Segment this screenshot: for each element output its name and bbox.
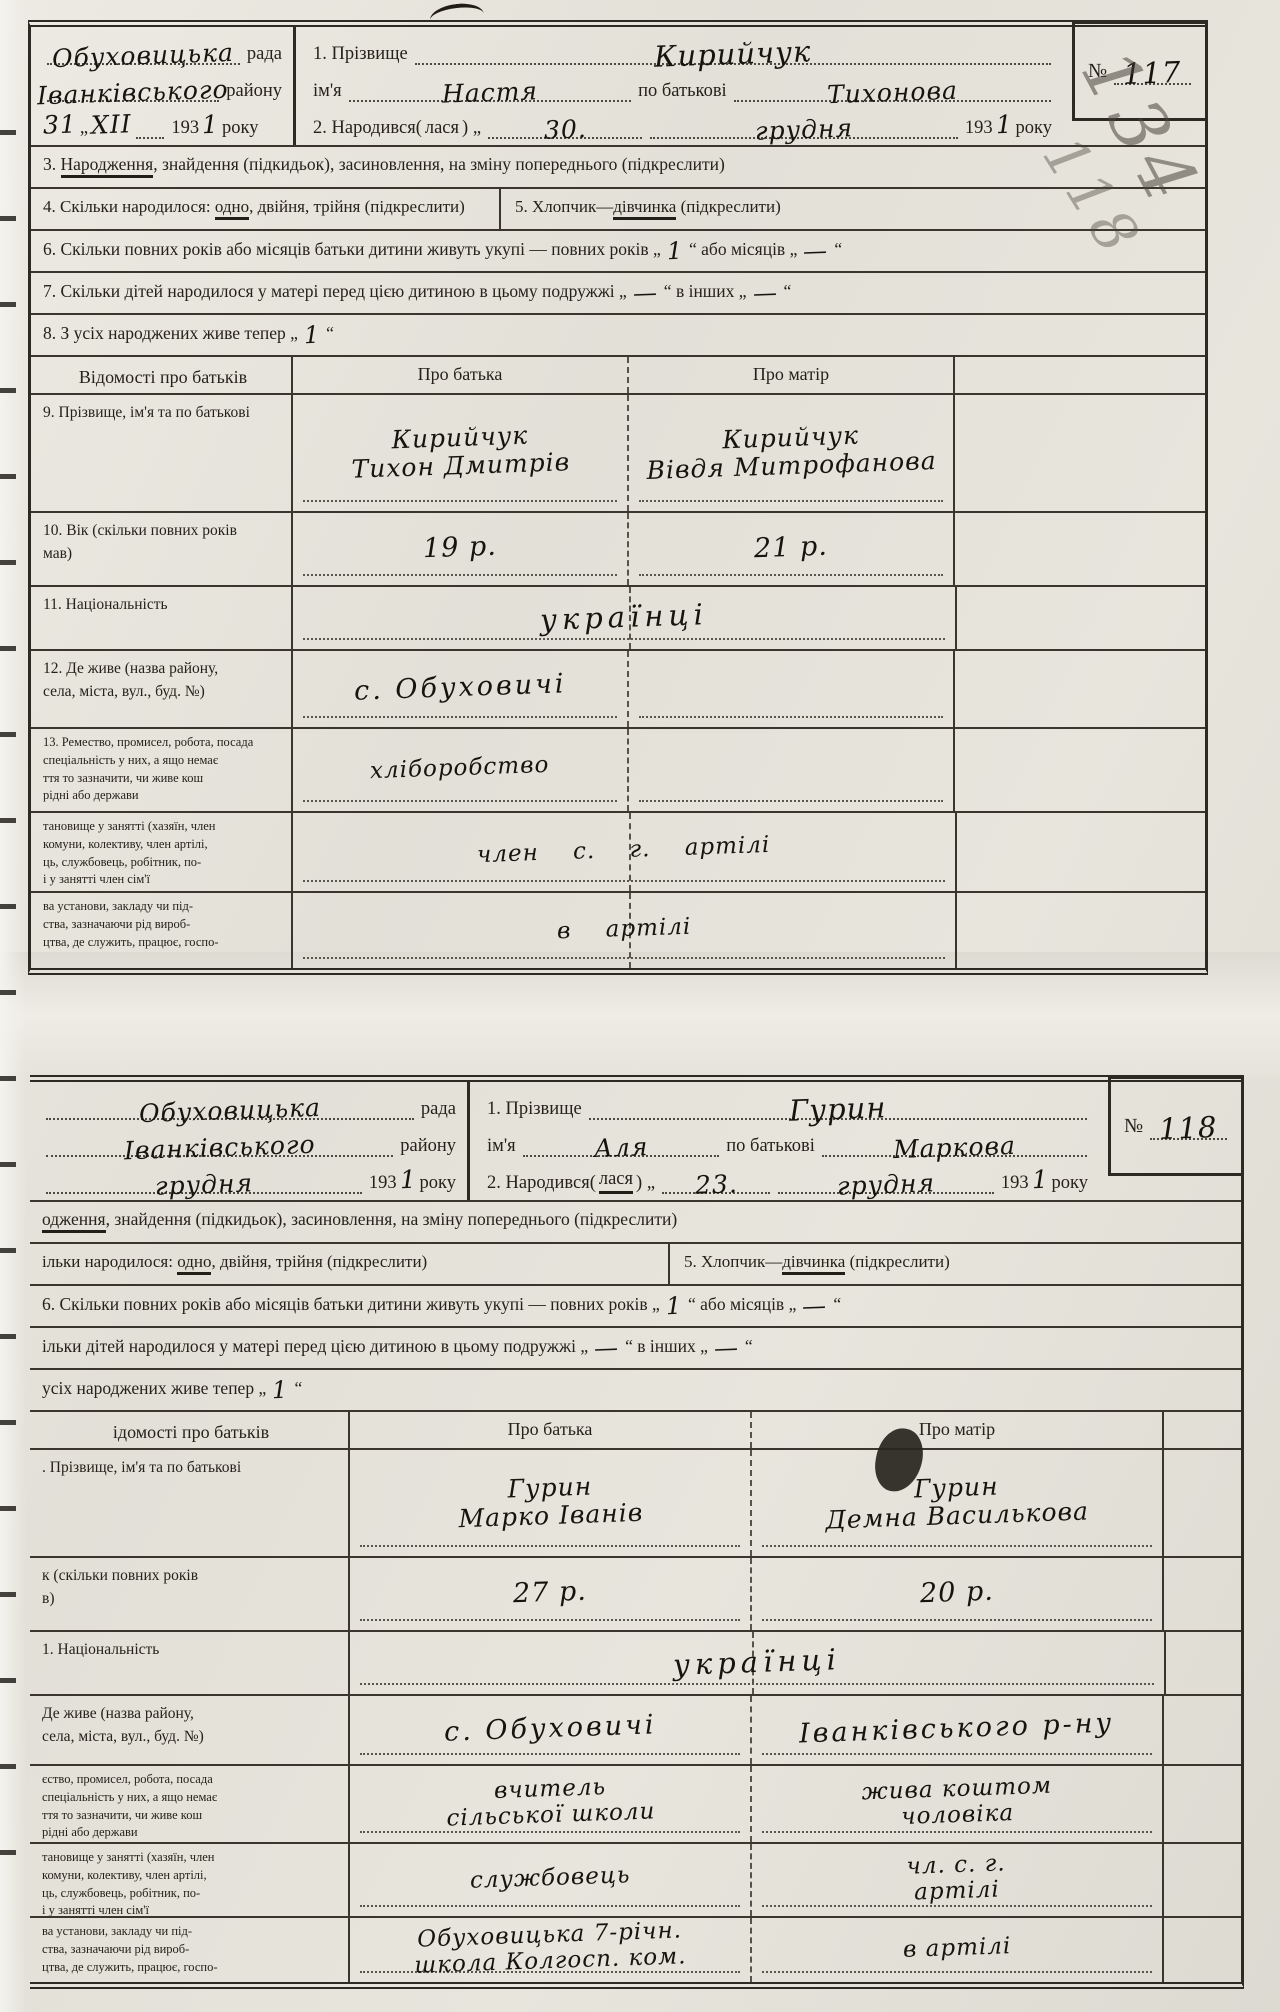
parents-info-header: Відомості про батьків <box>31 357 293 393</box>
row-11-nationality: 11. Національність українці <box>31 585 1205 649</box>
born-label: 2. Народився( <box>484 1173 599 1194</box>
child-name-handwriting: Аля <box>593 1133 648 1163</box>
row-label: 10. Вік (скільки повних років мав) <box>31 513 293 585</box>
row-label: 9. Прізвище, ім'я та по батькові <box>31 395 293 511</box>
q4-q5-row: ільки народилося: одно, двійня, трійня (… <box>30 1242 1241 1284</box>
year-digit-handwriting: 1 <box>399 1166 417 1195</box>
children-this-marriage-handwriting: — <box>594 1335 620 1363</box>
father-residence-handwriting: с. Обуховичі <box>353 669 567 707</box>
record-month-handwriting: грудня <box>154 1169 253 1200</box>
row-9-parent-names: 9. Прізвище, ім'я та по батькові Кирийчу… <box>31 393 1205 511</box>
row-13c-workplace: ва установи, закладу чи під- ства, зазна… <box>31 891 1205 968</box>
parents-table-header: ідомості про батьків Про батька Про маті… <box>30 1410 1241 1448</box>
children-other-marriage-handwriting: — <box>752 280 778 308</box>
row-13b-employment-status: тановище у занятті (хазяїн, член комуни,… <box>31 811 1205 891</box>
child-surname-handwriting: Гурин <box>789 1091 887 1127</box>
name-line: ім'я Аля по батькові Маркова <box>484 1123 1091 1157</box>
birthdate-line: 2. Народився(лася) „ 30. грудня 1931 рок… <box>310 105 1055 139</box>
mother-name-handwriting: Гурин Демна Василькова <box>824 1469 1089 1534</box>
council-label: рада <box>418 1099 459 1120</box>
q6-years-together-row: 6. Скільки повних років або місяців бать… <box>31 229 1205 271</box>
q8-living-children-row: усіх народжених живе тепер „1“ <box>30 1368 1241 1410</box>
father-name-handwriting: Кирийчук Тихон Дмитрів <box>350 420 571 484</box>
children-other-marriage-handwriting: — <box>713 1335 739 1363</box>
father-age-handwriting: 19 р. <box>423 532 498 565</box>
underlined-choice: дівчинка <box>613 197 676 220</box>
birth-day-handwriting: 23. <box>694 1170 738 1199</box>
form-header: Обуховицька рада Іванківського району 31… <box>31 27 1205 145</box>
nationality-handwriting: українці <box>673 1643 842 1681</box>
district-line: Іванківського району <box>42 1123 459 1157</box>
patronymic-label: по батькові <box>723 1136 818 1157</box>
mother-age-handwriting: 20 р. <box>920 1577 995 1610</box>
q4-how-many-born: 4. Скільки народилося: одно, двійня, трі… <box>31 189 501 229</box>
district-label: району <box>223 81 285 102</box>
row-13-occupation: єство, промисел, робота, посада спеціаль… <box>30 1764 1241 1842</box>
birth-month-handwriting: грудня <box>754 114 853 145</box>
born-label: 2. Народився( <box>310 118 425 139</box>
father-occupation-handwriting: вчитель сільської школи <box>445 1774 656 1833</box>
row-13b-employment-status: тановище у занятті (хазяїн, член комуни,… <box>30 1842 1241 1916</box>
birth-day-handwriting: 30. <box>543 115 587 144</box>
child-name-handwriting: Настя <box>441 77 538 108</box>
q7-previous-children-row: 7. Скільки дітей народилося у матері пер… <box>31 271 1205 313</box>
q5-boy-girl: 5. Хлопчик—дівчинка (підкреслити) <box>670 1244 1241 1284</box>
father-status-handwriting: службовець <box>469 1863 630 1894</box>
birth-year-printed: 193 <box>998 1173 1032 1194</box>
nationality-handwriting: українці <box>540 598 709 636</box>
row-label: 1. Національність <box>30 1632 350 1694</box>
row-label: 12. Де живе (назва району, села, міста, … <box>31 651 293 727</box>
row-label: Де живе (назва району, села, міста, вул.… <box>30 1696 350 1764</box>
mother-name-handwriting: Кирийчук Вівдя Митрофанова <box>645 419 937 485</box>
patronymic-label: по батькові <box>635 81 730 102</box>
child-patronymic-handwriting: Маркова <box>893 1132 1017 1164</box>
living-children-handwriting: 1 <box>303 322 320 349</box>
child-surname-handwriting: Кирийчук <box>654 35 812 73</box>
record-month-handwriting: XII <box>91 110 133 139</box>
row-10-parent-ages: 10. Вік (скільки повних років мав) 19 р.… <box>31 511 1205 585</box>
name-label: ім'я <box>310 81 345 102</box>
birth-year-printed: 193 <box>962 118 996 139</box>
row-13c-workplace: ва установи, закладу чи під- ства, зазна… <box>30 1916 1241 1982</box>
years-together-handwriting: 1 <box>666 238 683 265</box>
mother-status-handwriting: чл. с. г. артілі <box>907 1852 1008 1907</box>
record-number-box: № 118 <box>1108 1076 1244 1176</box>
about-mother-header: Про матір <box>752 1412 1164 1448</box>
months-together-handwriting: — <box>803 238 829 266</box>
year-printed: 193 <box>168 118 202 139</box>
year-printed: 193 <box>366 1173 400 1194</box>
row-label: єство, промисел, робота, посада спеціаль… <box>30 1766 350 1842</box>
district-label: району <box>397 1136 459 1157</box>
about-mother-header: Про матір <box>629 357 955 393</box>
q6-years-together-row: 6. Скільки повних років або місяців бать… <box>30 1284 1241 1326</box>
year-digit-handwriting: 1 <box>202 111 220 140</box>
record-number-handwriting: 118 <box>1159 1111 1218 1145</box>
row-label: ва установи, закладу чи під- ства, зазна… <box>30 1918 350 1982</box>
q3-birth-type-row: 3. Народження, знайдення (підкидьок), за… <box>31 145 1205 187</box>
row-label: ва установи, закладу чи під- ства, зазна… <box>31 893 293 968</box>
scanned-birth-register-page: Обуховицька рада Іванківського району 31… <box>0 0 1280 2012</box>
father-name-handwriting: Гурин Марко Іванів <box>457 1471 644 1533</box>
council-block: Обуховицька рада Іванківського району гр… <box>30 1082 470 1200</box>
surname-line: 1. Прізвище Гурин <box>484 1086 1091 1120</box>
father-residence-handwriting: с. Обуховичі <box>443 1710 657 1748</box>
mother-residence-handwriting: Іванківського р-ну <box>799 1708 1115 1749</box>
children-this-marriage-handwriting: — <box>632 280 658 308</box>
roku-label: року <box>219 118 261 139</box>
father-occupation-handwriting: хліборобство <box>370 753 550 785</box>
surname-line: 1. Прізвище Кирийчук <box>310 31 1055 65</box>
form-header: Обуховицька рада Іванківського району гр… <box>30 1082 1241 1200</box>
council-line: Обуховицька рада <box>43 31 285 65</box>
row-label: 13. Ремество, промисел, робота, посада с… <box>31 729 293 811</box>
mother-age-handwriting: 21 р. <box>754 532 829 565</box>
father-workplace-handwriting: Обуховицька 7-річн. школа Колгосп. ком. <box>413 1919 687 1980</box>
months-together-handwriting: — <box>802 1293 828 1321</box>
q3-birth-type-row: одження, знайдення (підкидьок), засиновл… <box>30 1200 1241 1242</box>
mother-workplace-handwriting: в артілі <box>902 1934 1011 1964</box>
row-label: 11. Національність <box>31 587 293 649</box>
underlined-choice: одно <box>177 1252 211 1275</box>
surname-label: 1. Прізвище <box>310 44 411 65</box>
about-father-header: Про батька <box>293 357 629 393</box>
about-father-header: Про батька <box>350 1412 752 1448</box>
parents-info-header: ідомості про батьків <box>30 1412 350 1448</box>
row-10-parent-ages: к (скільки повних років в) 27 р. 20 р. <box>30 1556 1241 1630</box>
record-day-handwriting: 31 <box>43 110 78 139</box>
council-block: Обуховицька рада Іванківського району 31… <box>31 27 296 145</box>
years-together-handwriting: 1 <box>665 1293 682 1320</box>
birth-year-digit-handwriting: 1 <box>995 111 1013 140</box>
record-date-line: грудня 1931 року <box>42 1160 459 1194</box>
child-patronymic-handwriting: Тихонова <box>826 77 958 110</box>
underlined-choice: Народження <box>61 154 154 178</box>
number-sign: № <box>1121 1115 1146 1138</box>
mother-occupation-handwriting: жива коштом чоловіка <box>861 1774 1053 1832</box>
underlined-choice: дівчинка <box>782 1252 845 1275</box>
workplace-handwriting: в артілі <box>556 914 691 944</box>
birth-roku-label: року <box>1049 1173 1091 1194</box>
q4-how-many-born: ільки народилося: одно, двійня, трійня (… <box>30 1244 670 1284</box>
council-label: рада <box>244 44 285 65</box>
parents-table-header: Відомості про батьків Про батька Про мат… <box>31 355 1205 393</box>
underlined-choice: одження <box>42 1209 106 1233</box>
living-children-handwriting: 1 <box>272 1377 289 1404</box>
record-date-line: 31 „ XII 1931 року <box>43 105 285 139</box>
council-line: Обуховицька рада <box>42 1086 459 1120</box>
birth-month-handwriting: грудня <box>836 1169 935 1200</box>
row-13-occupation: 13. Ремество, промисел, робота, посада с… <box>31 727 1205 811</box>
birth-year-digit-handwriting: 1 <box>1031 1166 1049 1195</box>
surname-label: 1. Прізвище <box>484 1099 585 1120</box>
q4-q5-row: 4. Скільки народилося: одно, двійня, трі… <box>31 187 1205 229</box>
name-label: ім'я <box>484 1136 519 1157</box>
born-lasya: лася <box>425 118 459 139</box>
row-12-residence: Де живе (назва району, села, міста, вул.… <box>30 1694 1241 1764</box>
q8-living-children-row: 8. З усіх народжених живе тепер „1“ <box>31 313 1205 355</box>
q7-previous-children-row: ільки дітей народилося у матері перед ці… <box>30 1326 1241 1368</box>
district-line: Іванківського району <box>43 68 285 102</box>
birth-roku-label: року <box>1013 118 1055 139</box>
name-line: ім'я Настя по батькові Тихонова <box>310 68 1055 102</box>
row-label: тановище у занятті (хазяїн, член комуни,… <box>31 813 293 891</box>
father-age-handwriting: 27 р. <box>513 1577 588 1610</box>
row-11-nationality: 1. Національність українці <box>30 1630 1241 1694</box>
row-label: тановище у занятті (хазяїн, член комуни,… <box>30 1844 350 1916</box>
row-12-residence: 12. Де живе (назва району, села, міста, … <box>31 649 1205 727</box>
binding-marks <box>0 130 16 1920</box>
row-label: к (скільки повних років в) <box>30 1558 350 1630</box>
roku-label: року <box>417 1173 459 1194</box>
row-9-parent-names: . Прізвище, ім'я та по батькові Гурин Ма… <box>30 1448 1241 1556</box>
row-label: . Прізвище, ім'я та по батькові <box>30 1450 350 1556</box>
underlined-choice: одно <box>215 197 249 220</box>
open-quote: „ <box>77 118 91 139</box>
registration-form-118: Обуховицька рада Іванківського району гр… <box>30 1075 1244 1989</box>
birthdate-line: 2. Народився(лася) „ 23. грудня 1931 рок… <box>484 1160 1091 1194</box>
born-lasya-underlined: лася <box>599 1169 633 1194</box>
employment-status-handwriting: член с. г. артілі <box>477 833 771 869</box>
